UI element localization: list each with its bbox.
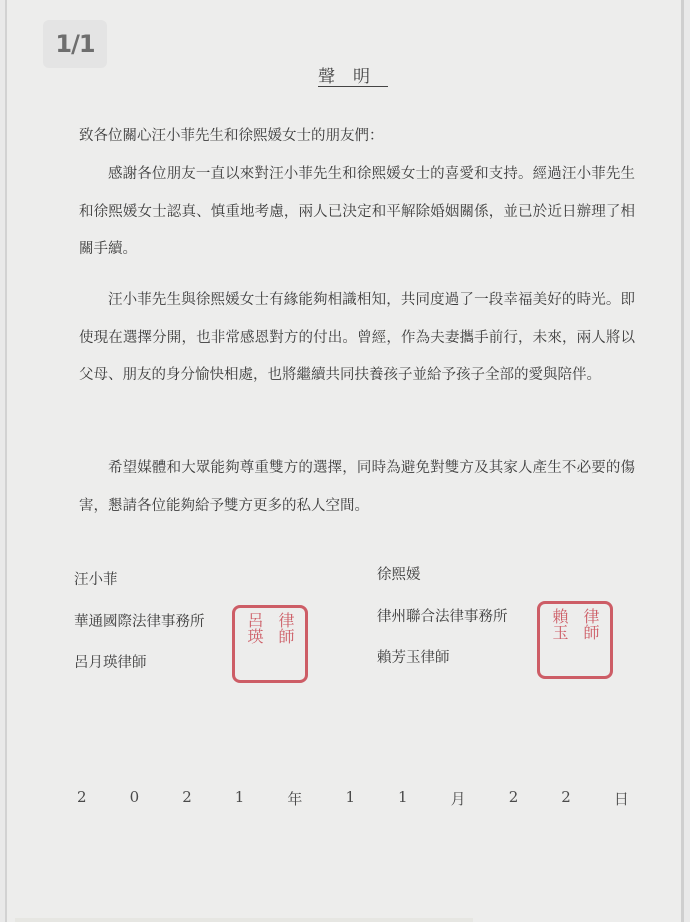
date-char: 2: [509, 788, 519, 810]
date-char: 日: [614, 788, 629, 810]
paragraph-1: 感謝各位朋友一直以來對汪小菲先生和徐熙媛女士的喜愛和支持。經過汪小菲先生和徐熙媛…: [79, 156, 635, 269]
date-char: 0: [130, 788, 140, 810]
date-char: 1: [398, 788, 408, 810]
paragraph-3: 希望媒體和大眾能夠尊重雙方的選擇，同時為避免對雙方及其家人產生不必要的傷害，懇請…: [79, 450, 635, 525]
signatory-2-name: 徐熙媛: [377, 563, 421, 584]
date-char: 2: [182, 788, 192, 810]
date-char: 月: [451, 788, 466, 810]
seal-2-col-right: 賴玉: [551, 608, 568, 640]
signatory-2-lawyer: 賴芳玉律師: [377, 646, 450, 667]
signatory-1-firm: 華通國際法律事務所: [74, 610, 205, 631]
signatory-2-firm: 律州聯合法律事務所: [377, 605, 508, 626]
paragraph-2: 汪小菲先生與徐熙媛女士有緣能夠相識相知，共同度過了一段幸福美好的時光。即使現在選…: [79, 282, 635, 395]
date-char: 2: [77, 788, 87, 810]
date-char: 1: [345, 788, 355, 810]
seal-2-col-left: 律師: [582, 608, 599, 640]
document-title: 聲明: [7, 62, 681, 87]
seal-1-col-right: 呂瑛: [246, 612, 263, 644]
date-char: 1: [235, 788, 245, 810]
title-text: 聲明: [300, 67, 388, 87]
salutation: 致各位關心汪小菲先生和徐熙媛女士的朋友們：: [79, 124, 384, 145]
date-char: 年: [287, 788, 302, 810]
page-indicator: 1/1: [43, 20, 107, 68]
page-bottom-edge: [15, 918, 473, 922]
seal-1-col-left: 律師: [277, 612, 294, 644]
lawyer-seal-1: 呂瑛 律師: [232, 605, 308, 683]
date-char: 2: [561, 788, 571, 810]
document-page: 1/1 聲明 致各位關心汪小菲先生和徐熙媛女士的朋友們： 感謝各位朋友一直以來對…: [5, 0, 684, 922]
lawyer-seal-2: 賴玉 律師: [537, 601, 613, 679]
document-date: 2 0 2 1 年 1 1 月 2 2 日: [77, 788, 629, 810]
signatory-1-name: 汪小菲: [74, 568, 118, 589]
signatory-1-lawyer: 呂月瑛律師: [74, 651, 147, 672]
